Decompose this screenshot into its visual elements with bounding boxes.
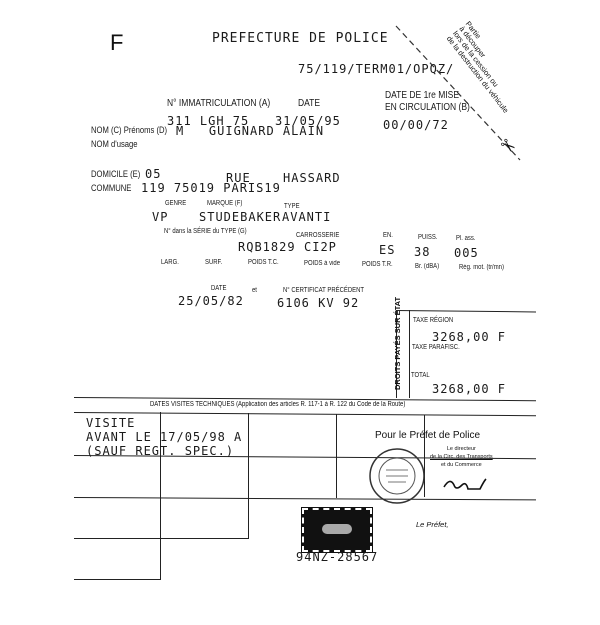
tax-region-label: TAXE RÉGION <box>413 317 453 324</box>
previous-date-value: 25/05/82 <box>178 294 244 308</box>
commune-label: COMMUNE <box>91 183 131 193</box>
tax-side-label: DROITS PAYÉS SUR ÉTAT <box>393 297 402 390</box>
director-line: de la Circ. des Transports <box>430 453 493 461</box>
signature-icon <box>440 475 490 495</box>
previous-date-label: DATE <box>211 285 226 292</box>
inspection-line-3: (SAUF REGT. SPEC.) <box>86 444 234 458</box>
poids-vide-label: POIDS à vide <box>304 260 340 267</box>
immatriculation-label: N° IMMATRICULATION (A) <box>167 98 270 109</box>
tax-region-value: 3268,00 F <box>432 330 506 344</box>
puissance-label: PUISS. <box>418 234 438 241</box>
inspection-line-2: AVANT LE 17/05/98 A <box>86 430 242 444</box>
tax-box-divider <box>409 310 410 398</box>
tax-box-top-border <box>396 310 536 312</box>
prefet-label: Le Préfet, <box>416 520 449 529</box>
largeur-label: LARG. <box>161 259 179 266</box>
director-line: et du Commerce <box>430 461 493 469</box>
country-code: F <box>110 30 123 56</box>
table-row-border <box>74 538 248 539</box>
official-stamp-icon <box>368 447 426 505</box>
name-value: M GUIGNARD ALAIN <box>176 124 324 138</box>
genre-label: GENRE <box>165 200 186 207</box>
first-circulation-value: 00/00/72 <box>383 118 449 132</box>
type-label: TYPE <box>284 203 300 210</box>
places-label: Pl. ass. <box>456 235 476 242</box>
inspection-header: DATES VISITES TECHNIQUES (Application de… <box>150 401 405 408</box>
genre-value: VP <box>152 210 168 224</box>
previous-certificate-label: N° CERTIFICAT PRÉCÉDENT <box>283 287 364 294</box>
first-circulation-label-line: DATE DE 1re MISE <box>385 90 470 102</box>
name-label: NOM (C) Prénoms (D) <box>91 125 167 135</box>
puissance-value: 38 <box>414 245 430 259</box>
domicile-street: HASSARD <box>283 171 341 185</box>
surface-label: SURF. <box>205 259 222 266</box>
domicile-label: DOMICILE (E) <box>91 169 140 179</box>
table-col-divider <box>248 413 249 539</box>
previous-certificate-value: 6106 KV 92 <box>277 296 359 310</box>
commune-value: 119 75019 PARIS19 <box>141 181 281 195</box>
first-circulation-label: DATE DE 1re MISE EN CIRCULATION (B) <box>385 90 470 114</box>
serie-value: RQB1829 <box>238 240 296 254</box>
date-label: DATE <box>298 98 320 109</box>
poids-tr-label: POIDS T.R. <box>362 261 393 268</box>
poids-tc-label: POIDS T.C. <box>248 259 279 266</box>
document-title: PREFECTURE DE POLICE <box>212 31 389 46</box>
serie-label: N° dans la SÉRIE du TYPE (G) <box>164 228 247 235</box>
type-value: AVANTI <box>282 210 331 224</box>
et-label: et <box>252 287 257 294</box>
director-line: Le directeur <box>430 445 493 453</box>
inspection-line-1: VISITE <box>86 416 135 430</box>
bruit-label: Br. (dBA) <box>415 263 439 270</box>
table-row-border <box>74 579 160 580</box>
first-circulation-label-line: EN CIRCULATION (B) <box>385 102 470 114</box>
tax-parafisc-label: TAXE PARAFISC. <box>412 344 460 351</box>
tax-total-label: TOTAL <box>411 372 430 379</box>
usage-name-label: NOM d'usage <box>91 139 138 149</box>
carrosserie-value: CI2P <box>304 240 337 254</box>
marque-label: MARQUE (F) <box>207 200 242 207</box>
carrosserie-label: CARROSSERIE <box>296 232 339 239</box>
director-label: Le directeur de la Circ. des Transports … <box>430 445 493 469</box>
domicile-number: 05 <box>145 167 161 181</box>
regime-label: Rég. mot. (tr/mn) <box>459 264 504 271</box>
fiscal-stamp-icon <box>302 508 372 552</box>
table-header-border <box>74 412 536 416</box>
energie-value: ES <box>379 243 395 257</box>
table-row-border <box>74 497 536 500</box>
marque-value: STUDEBAKER <box>199 210 281 224</box>
energie-label: EN. <box>383 232 393 239</box>
tax-total-value: 3268,00 F <box>432 382 506 396</box>
for-prefect-label: Pour le Préfet de Police <box>375 430 480 441</box>
places-value: 005 <box>454 246 479 260</box>
serial-number: 94NZ-28567 <box>296 550 378 564</box>
